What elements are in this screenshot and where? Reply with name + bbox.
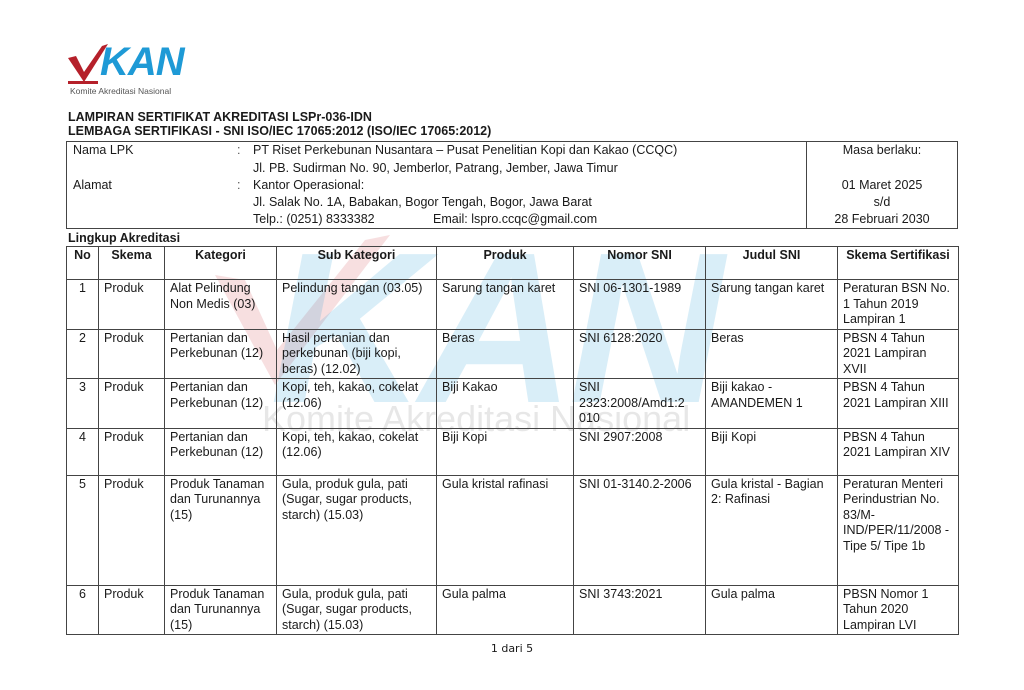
scope-table: NoSkemaKategoriSub KategoriProdukNomor S… — [66, 246, 959, 635]
document-page: KAN Komite Akreditasi Nasional KAN Komit… — [0, 0, 1024, 690]
table-row: 6ProdukProduk Tanaman dan Turunannya (15… — [67, 585, 959, 635]
cell-skema-sertifikasi: Peraturan BSN No. 1 Tahun 2019 Lampiran … — [838, 280, 959, 330]
cell-skema: Produk — [99, 475, 165, 585]
cell-nomor-sni: SNI 2323:2008/Amd1:2 010 — [574, 379, 706, 429]
masa-label: Masa berlaku: — [807, 143, 957, 157]
cell-sub-kategori: Hasil pertanian dan perkebunan (biji kop… — [277, 329, 437, 379]
cell-sub-kategori: Gula, produk gula, pati (Sugar, sugar pr… — [277, 585, 437, 635]
cell-nomor-sni: SNI 01-3140.2-2006 — [574, 475, 706, 585]
scope-heading: Lingkup Akreditasi — [68, 231, 180, 245]
cell-nomor-sni: SNI 06-1301-1989 — [574, 280, 706, 330]
cell-kategori: Produk Tanaman dan Turunannya (15) — [165, 475, 277, 585]
cell-kategori: Pertanian dan Perkebunan (12) — [165, 428, 277, 475]
cell-kategori: Alat Pelindung Non Medis (03) — [165, 280, 277, 330]
cell-nomor-sni: SNI 3743:2021 — [574, 585, 706, 635]
table-row: 1ProdukAlat Pelindung Non Medis (03)Peli… — [67, 280, 959, 330]
cell-nomor-sni: SNI 2907:2008 — [574, 428, 706, 475]
table-header-row: NoSkemaKategoriSub KategoriProdukNomor S… — [67, 247, 959, 280]
cell-produk: Biji Kakao — [437, 379, 574, 429]
cell-judul-sni: Gula palma — [706, 585, 838, 635]
lpk-details: Nama LPK : PT Riset Perkebunan Nusantara… — [67, 142, 807, 228]
header-col-kategori: Kategori — [165, 247, 277, 280]
table-row: 3ProdukPertanian dan Perkebunan (12)Kopi… — [67, 379, 959, 429]
cell-skema-sertifikasi: Peraturan Menteri Perindustrian No. 83/M… — [838, 475, 959, 585]
masa-end: 28 Februari 2030 — [807, 212, 957, 226]
header-col-nomor-sni: Nomor SNI — [574, 247, 706, 280]
kan-logo: KAN Komite Akreditasi Nasional — [68, 44, 218, 96]
cell-no: 4 — [67, 428, 99, 475]
cell-judul-sni: Beras — [706, 329, 838, 379]
cell-produk: Gula kristal rafinasi — [437, 475, 574, 585]
cell-judul-sni: Biji Kopi — [706, 428, 838, 475]
cell-nomor-sni: SNI 6128:2020 — [574, 329, 706, 379]
cell-produk: Gula palma — [437, 585, 574, 635]
alamat-value: Kantor Operasional: — [253, 178, 364, 192]
cell-no: 6 — [67, 585, 99, 635]
cell-sub-kategori: Kopi, teh, kakao, cokelat (12.06) — [277, 379, 437, 429]
title-line-1: LAMPIRAN SERTIFIKAT AKREDITASI LSPr-036-… — [68, 110, 491, 124]
colon: : — [237, 178, 240, 192]
header-col-no: No — [67, 247, 99, 280]
cell-skema-sertifikasi: PBSN 4 Tahun 2021 Lampiran XIII — [838, 379, 959, 429]
cell-skema: Produk — [99, 585, 165, 635]
masa-start: 01 Maret 2025 — [807, 178, 957, 192]
cell-judul-sni: Sarung tangan karet — [706, 280, 838, 330]
cell-skema: Produk — [99, 379, 165, 429]
table-row: 2ProdukPertanian dan Perkebunan (12)Hasi… — [67, 329, 959, 379]
logo-brand: KAN — [100, 40, 184, 85]
header-col-sub-kategori: Sub Kategori — [277, 247, 437, 280]
cell-skema: Produk — [99, 329, 165, 379]
cell-skema: Produk — [99, 428, 165, 475]
title-line-2: LEMBAGA SERTIFIKASI - SNI ISO/IEC 17065:… — [68, 124, 491, 138]
cell-skema: Produk — [99, 280, 165, 330]
cell-no: 5 — [67, 475, 99, 585]
cell-no: 2 — [67, 329, 99, 379]
cell-skema-sertifikasi: PBSN Nomor 1 Tahun 2020 Lampiran LVI — [838, 585, 959, 635]
cell-sub-kategori: Kopi, teh, kakao, cokelat (12.06) — [277, 428, 437, 475]
cell-judul-sni: Biji kakao - AMANDEMEN 1 — [706, 379, 838, 429]
nama-label: Nama LPK — [73, 143, 133, 157]
table-row: 5ProdukProduk Tanaman dan Turunannya (15… — [67, 475, 959, 585]
header-col-skema-sertifikasi: Skema Sertifikasi — [838, 247, 959, 280]
validity-period: Masa berlaku: 01 Maret 2025 s/d 28 Febru… — [807, 142, 957, 228]
cell-produk: Sarung tangan karet — [437, 280, 574, 330]
alamat-label: Alamat — [73, 178, 112, 192]
page-indicator: 1 dari 5 — [0, 642, 1024, 655]
cell-no: 3 — [67, 379, 99, 429]
nama-value: PT Riset Perkebunan Nusantara – Pusat Pe… — [253, 143, 677, 157]
email: Email: lspro.ccqc@gmail.com — [433, 212, 597, 226]
cell-no: 1 — [67, 280, 99, 330]
cell-kategori: Pertanian dan Perkebunan (12) — [165, 329, 277, 379]
header-col-judul-sni: Judul SNI — [706, 247, 838, 280]
cell-sub-kategori: Gula, produk gula, pati (Sugar, sugar pr… — [277, 475, 437, 585]
telp: Telp.: (0251) 8333382 — [253, 212, 375, 226]
cell-skema-sertifikasi: PBSN 4 Tahun 2021 Lampiran XIV — [838, 428, 959, 475]
header-col-skema: Skema — [99, 247, 165, 280]
colon: : — [237, 143, 240, 157]
lpk-info-box: Nama LPK : PT Riset Perkebunan Nusantara… — [66, 141, 958, 229]
cell-produk: Beras — [437, 329, 574, 379]
cell-sub-kategori: Pelindung tangan (03.05) — [277, 280, 437, 330]
cell-judul-sni: Gula kristal - Bagian 2: Rafinasi — [706, 475, 838, 585]
cell-kategori: Pertanian dan Perkebunan (12) — [165, 379, 277, 429]
cell-produk: Biji Kopi — [437, 428, 574, 475]
masa-sep: s/d — [807, 195, 957, 209]
header-col-produk: Produk — [437, 247, 574, 280]
address-line-2: Jl. Salak No. 1A, Babakan, Bogor Tengah,… — [253, 195, 592, 209]
cell-skema-sertifikasi: PBSN 4 Tahun 2021 Lampiran XVII — [838, 329, 959, 379]
logo-subtitle: Komite Akreditasi Nasional — [70, 86, 171, 96]
cell-kategori: Produk Tanaman dan Turunannya (15) — [165, 585, 277, 635]
table-row: 4ProdukPertanian dan Perkebunan (12)Kopi… — [67, 428, 959, 475]
document-title: LAMPIRAN SERTIFIKAT AKREDITASI LSPr-036-… — [68, 110, 491, 138]
address-line-1: Jl. PB. Sudirman No. 90, Jemberlor, Patr… — [253, 161, 618, 175]
